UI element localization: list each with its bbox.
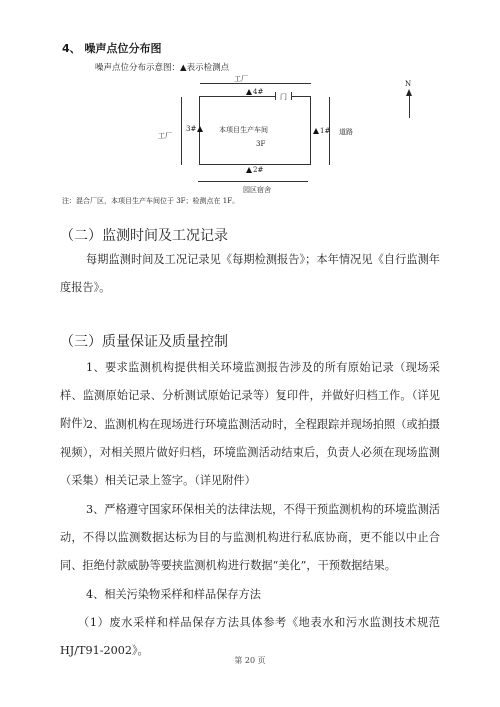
door-label: 门 (280, 92, 287, 102)
triangle-marker-icon (246, 89, 252, 95)
triangle-marker-icon (197, 126, 203, 132)
point-3: 3# (186, 125, 204, 133)
point-1: 1# (313, 127, 330, 135)
section-monitoring-time-title: （二）监测时间及工况记录 (60, 225, 228, 245)
section-monitoring-time-para: 每期监测时间及工况记录见《每期检测报告》；本年情况见《自行监测年度报告》。 (60, 246, 440, 302)
quality-para-2: 2、监测机构在现场进行环境监测活动时，全程跟踪并现场拍照（或拍摄视频），对相关照… (60, 411, 440, 495)
diagram-legend: 噪声点位分布示意图：▲表示检测点 (95, 61, 229, 73)
boundary-left (181, 97, 182, 165)
north-label: N (405, 80, 411, 88)
diagram-note: 注：混合厂区，本项目生产车间位于 3F；检测点在 1F。 (62, 196, 239, 206)
point-2: 2# (246, 166, 263, 174)
point-4: 4# (246, 88, 263, 96)
quality-para-4: 4、相关污染物采样和样品保存方法 (60, 581, 440, 609)
section-quality-title: （三）质量保证及质量控制 (60, 331, 228, 351)
building-top-left (199, 96, 275, 97)
triangle-marker-icon (246, 167, 252, 173)
floor-label: 3F (256, 140, 265, 148)
page-number: 第 20 页 (0, 655, 500, 666)
label-bottom-dorm: 园区宿舍 (243, 185, 271, 195)
boundary-top (200, 83, 311, 84)
north-arrow-shaft (409, 95, 410, 118)
heading-noise-map: 4、 噪声点位分布图 (62, 40, 161, 56)
label-right-road: 道路 (339, 127, 353, 137)
building-top-right (292, 96, 310, 97)
door-jamb-right (291, 92, 292, 100)
label-left-factory: 工厂 (158, 131, 172, 141)
door-jamb-left (275, 92, 276, 100)
triangle-marker-icon (313, 128, 319, 134)
boundary-bottom (198, 181, 308, 182)
quality-para-3: 3、严格遵守国家环保相关的法律法规，不得干预监测机构的环境监测活动，不得以监测数… (60, 496, 440, 580)
boundary-right (329, 97, 330, 165)
building-label: 本项目生产车间 (219, 125, 268, 135)
